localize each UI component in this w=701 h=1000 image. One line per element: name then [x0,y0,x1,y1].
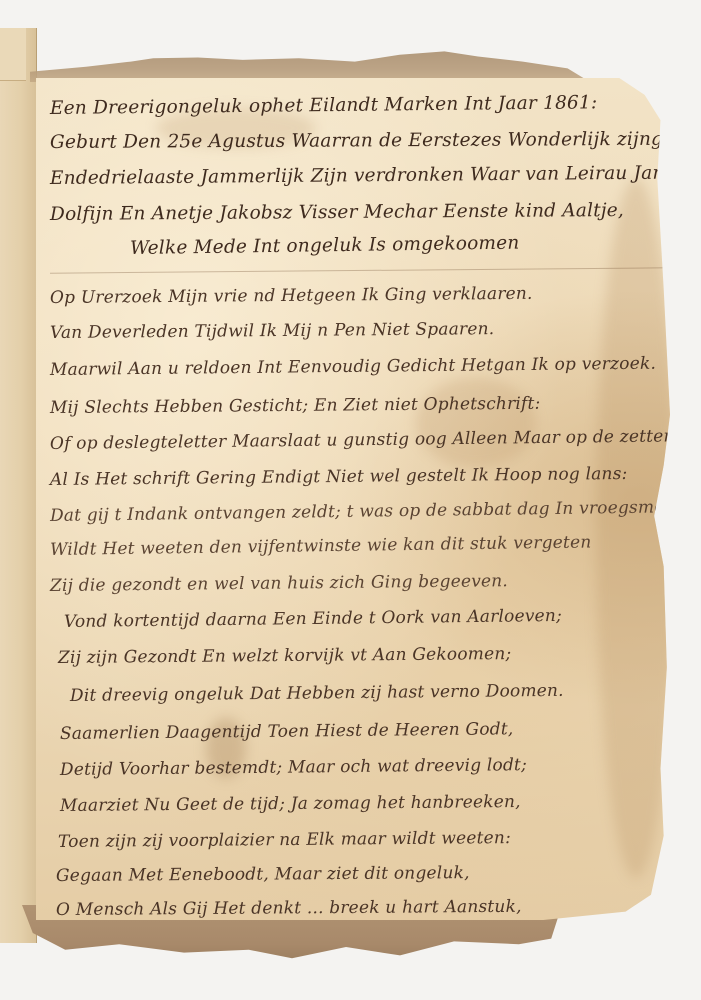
left-page-torn-tab [0,28,26,81]
top-torn-edge [30,48,590,82]
divider-rule [50,267,670,273]
poem-line: Gegaan Met Eeneboodt, Maar ziet dit onge… [56,865,470,885]
heading-line: Dolfijn En Anetje Jakobsz Visser Mechar … [50,202,624,225]
poem-line: Wildt Het weeten den vijfentwinste wie k… [50,534,592,559]
heading-line: Welke Mede Int ongeluk Is omgekoomen [130,235,520,259]
water-stain [416,378,536,468]
manuscript-page: Een Dreerigongeluk ophet Eilandt Marken … [36,78,670,920]
poem-line: Op Urerzoek Mijn vrie nd Hetgeen Ik Ging… [50,286,533,307]
poem-line: Saamerlien Daagentijd Toen Hiest de Heer… [60,721,514,743]
poem-line: Maarziet Nu Geet de tijd; Ja zomag het h… [60,794,521,815]
heading-line: Een Dreerigongeluk ophet Eilandt Marken … [50,94,598,118]
poem-line: Toen zijn zij voorplaizier na Elk maar w… [58,830,511,851]
poem-line: Zij die gezondt en wel van huis zich Gin… [50,573,508,595]
heading-line: Endedrielaaste Jammerlijk Zijn verdronke… [50,164,684,188]
poem-line: Detijd Voorhar bestemdt; Maar och wat dr… [60,757,527,779]
poem-line: Of op deslegteletter Maarslaat u gunstig… [50,428,675,453]
poem-line: O Mensch Als Gij Het denkt ... breek u h… [56,899,522,919]
poem-line: Zij zijn Gezondt En welzt korvijk vt Aan… [58,646,512,667]
poem-line: Al Is Het schrift Gering Endigt Niet wel… [50,466,628,489]
photo-stage: Een Dreerigongeluk ophet Eilandt Marken … [0,0,701,1000]
edge-discoloration [596,178,676,878]
poem-line: Van Deverleden Tijdwil Ik Mij n Pen Niet… [50,321,495,342]
left-bound-page-edge [0,28,37,943]
poem-line: Mij Slechts Hebben Gesticht; En Ziet nie… [50,396,541,417]
poem-line: Maarwil Aan u reldoen Int Eenvoudig Gedi… [50,356,656,379]
poem-line: Vond kortentijd daarna Een Einde t Oork … [64,608,562,631]
heading-line: Geburt Den 25e Agustus Waarran de Eerste… [50,131,686,153]
poem-line: Dit dreevig ongeluk Dat Hebben zij hast … [70,683,564,705]
